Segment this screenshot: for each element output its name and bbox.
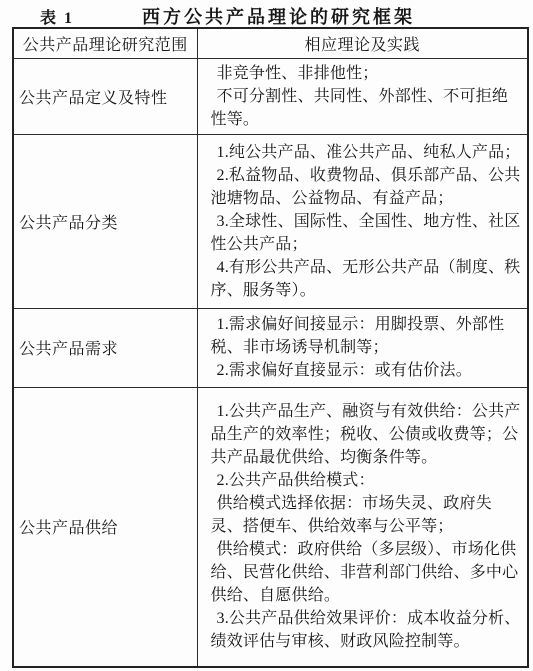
detail-item: 3.全球性、国际性、全国性、地方性、社区性公共产品； — [211, 210, 522, 256]
table-row-supply: 公共产品供给 1.公共产品生产、融资与有效供给：公共产品生产的效率性；税收、公债… — [13, 387, 528, 667]
row-scope-label: 公共产品供给 — [13, 387, 197, 667]
row-detail-cell: 1.公共产品生产、融资与有效供给：公共产品生产的效率性；税收、公债或收费等；公共… — [197, 387, 528, 667]
detail-item: 供给模式选择依据：市场失灵、政府失灵、搭便车、供给效率与公平等； — [211, 492, 522, 538]
table-row-demand: 公共产品需求 1.需求偏好间接显示：用脚投票、外部性税、非市场诱导机制等； 2.… — [13, 308, 528, 387]
row-scope-label: 公共产品需求 — [13, 308, 197, 387]
column-header-theory-practice: 相应理论及实践 — [197, 28, 528, 58]
table-caption: 表 1 西方公共产品理论的研究框架 — [0, 3, 533, 27]
detail-item: 供给模式：政府供给（多层级）、市场化供给、民营化供给、非营利部门供给、多中心供给… — [211, 538, 522, 607]
detail-item: 1.公共产品生产、融资与有效供给：公共产品生产的效率性；税收、公债或收费等；公共… — [211, 400, 522, 469]
scanned-document-page: 表 1 西方公共产品理论的研究框架 公共产品理论研究范围 相应理论及实践 公共产… — [0, 0, 533, 671]
table-title: 西方公共产品理论的研究框架 — [142, 3, 415, 29]
table-row-classification: 公共产品分类 1.纯公共产品、准公共产品、纯私人产品； 2.私益物品、收费物品、… — [13, 134, 528, 308]
detail-item: 2.私益物品、收费物品、俱乐部产品、公共池塘物品、公益物品、有益产品； — [211, 164, 522, 210]
detail-item: 不可分割性、共同性、外部性、不可拒绝性等。 — [211, 85, 522, 131]
detail-item: 3.公共产品供给效果评价：成本收益分析、绩效评估与审核、财政风险控制等。 — [211, 607, 522, 653]
table-header-row: 公共产品理论研究范围 相应理论及实践 — [13, 28, 528, 58]
detail-item: 2.公共产品供给模式： — [211, 469, 522, 492]
detail-item: 1.纯公共产品、准公共产品、纯私人产品； — [211, 141, 522, 164]
table-row-definition: 公共产品定义及特性 非竞争性、非排他性； 不可分割性、共同性、外部性、不可拒绝性… — [13, 58, 528, 134]
row-detail-cell: 非竞争性、非排他性； 不可分割性、共同性、外部性、不可拒绝性等。 — [197, 58, 528, 134]
detail-item: 非竞争性、非排他性； — [211, 62, 522, 85]
detail-item: 4.有形公共产品、无形公共产品（制度、秩序、服务等）。 — [211, 256, 522, 302]
table-number: 表 1 — [40, 5, 74, 28]
row-detail-cell: 1.纯公共产品、准公共产品、纯私人产品； 2.私益物品、收费物品、俱乐部产品、公… — [197, 134, 528, 308]
public-goods-theory-table: 公共产品理论研究范围 相应理论及实践 公共产品定义及特性 非竞争性、非排他性； … — [12, 27, 529, 668]
row-scope-label: 公共产品定义及特性 — [13, 58, 197, 134]
row-scope-label: 公共产品分类 — [13, 134, 197, 308]
row-detail-cell: 1.需求偏好间接显示：用脚投票、外部性税、非市场诱导机制等； 2.需求偏好直接显… — [197, 308, 528, 387]
detail-item: 1.需求偏好间接显示：用脚投票、外部性税、非市场诱导机制等； — [211, 313, 522, 359]
column-header-research-scope: 公共产品理论研究范围 — [13, 28, 197, 58]
detail-item: 2.需求偏好直接显示：或有估价法。 — [211, 359, 522, 382]
